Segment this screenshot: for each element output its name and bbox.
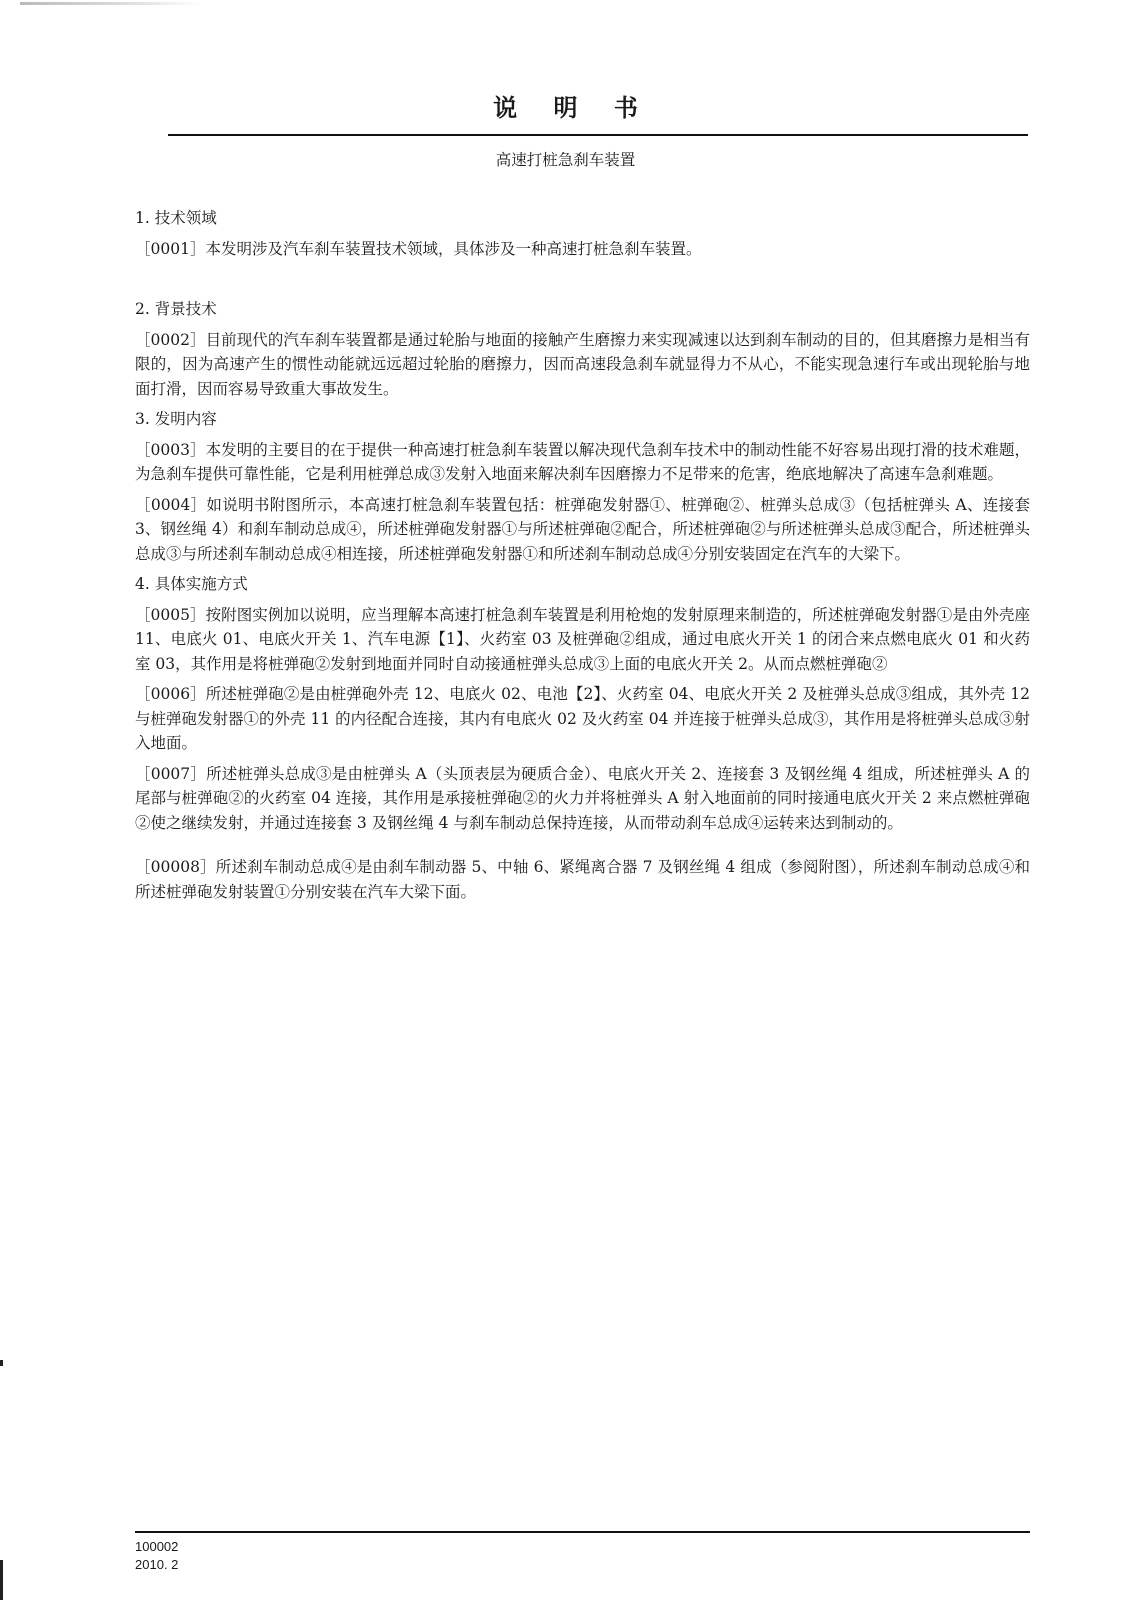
paragraph-0002: ［0002］目前现代的汽车刹车装置都是通过轮胎与地面的接触产生磨擦力来实现减速以… (135, 328, 1030, 402)
document-title: 说 明 书 (0, 88, 1131, 123)
scan-edge-mark (0, 1560, 3, 1600)
header-divider (168, 134, 1028, 136)
form-date: 2010. 2 (135, 1556, 178, 1573)
section-heading-technical-field: 1. 技术领域 (135, 206, 1030, 231)
paragraph-0006: ［0006］所述桩弹砲②是由桩弹砲外壳 12、电底火 02、电池【2】、火药室 … (135, 682, 1030, 756)
scan-artifact (20, 2, 200, 5)
section-heading-invention-content: 3. 发明内容 (135, 407, 1030, 432)
paragraph-00008: ［00008］所述刹车制动总成④是由刹车制动器 5、中轴 6、紧绳离合器 7 及… (135, 855, 1030, 904)
paragraph-0003: ［0003］本发明的主要目的在于提供一种高速打桩急刹车装置以解决现代急刹车技术中… (135, 438, 1030, 487)
invention-title: 高速打桩急刹车装置 (0, 148, 1131, 170)
document-body: 1. 技术领域 ［0001］本发明涉及汽车刹车装置技术领域，具体涉及一种高速打桩… (135, 206, 1030, 904)
section-heading-embodiment: 4. 具体实施方式 (135, 572, 1030, 597)
paragraph-0001: ［0001］本发明涉及汽车刹车装置技术领域，具体涉及一种高速打桩急刹车装置。 (135, 237, 1030, 262)
section-heading-background: 2. 背景技术 (135, 297, 1030, 322)
paragraph-0005: ［0005］按附图实例加以说明，应当理解本高速打桩急刹车装置是利用枪炮的发射原理… (135, 603, 1030, 677)
form-code: 100002 (135, 1538, 178, 1555)
paragraph-0004: ［0004］如说明书附图所示，本高速打桩急刹车装置包括：桩弹砲发射器①、桩弹砲②… (135, 493, 1030, 567)
paragraph-0007: ［0007］所述桩弹头总成③是由桩弹头 A（头顶表层为硬质合金）、电底火开关 2… (135, 762, 1030, 836)
scan-edge-mark (0, 1360, 3, 1366)
footer-divider (135, 1531, 1030, 1533)
